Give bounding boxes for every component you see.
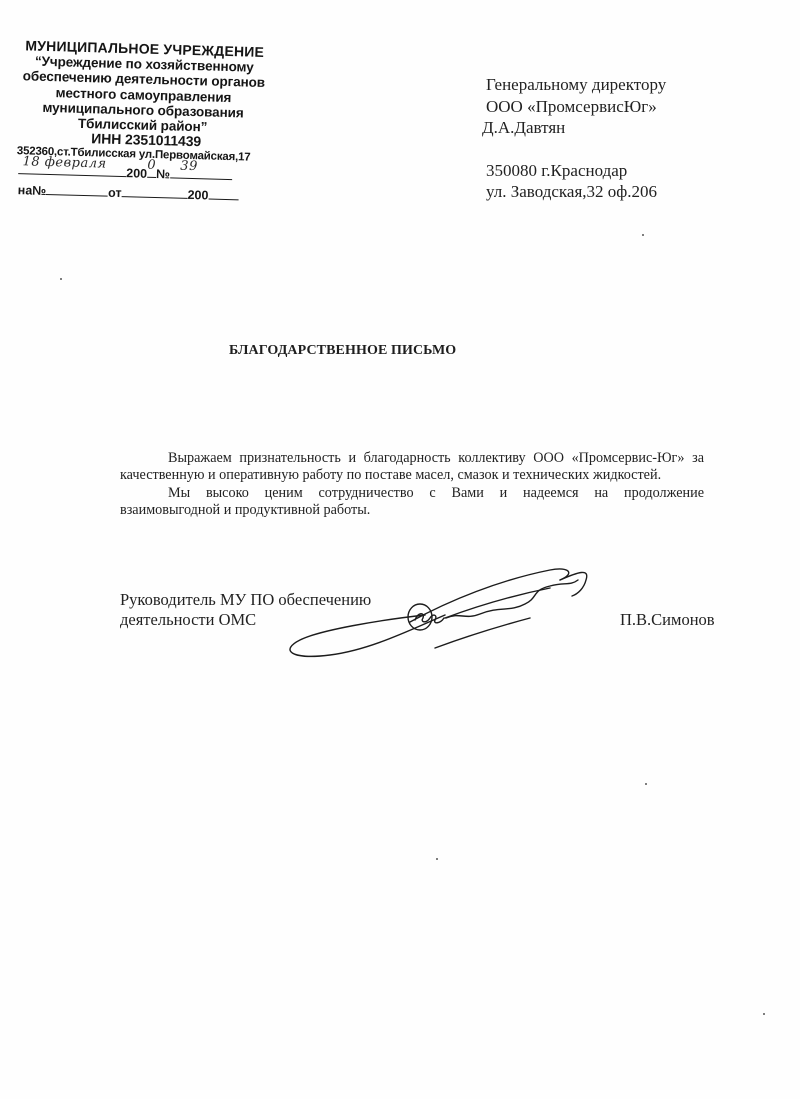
scan-speck <box>642 234 644 236</box>
outgoing-number-field: 39 <box>170 164 232 180</box>
recipient-street: ул. Заводская,32 оф.206 <box>486 181 666 203</box>
recipient-company: ООО «ПромсервисЮг» <box>486 96 666 118</box>
body-paragraph-2-line-1: Мы высоко ценим сотрудничество с Вами и … <box>120 485 704 502</box>
sender-stamp: МУНИЦИПАЛЬНОЕ УЧРЕЖДЕНИЕ “Учреждение по … <box>9 38 275 207</box>
recipient-name: Д.А.Давтян <box>482 117 666 139</box>
outgoing-year-prefix: 200 <box>126 166 147 181</box>
reply-to-year-field <box>208 185 238 200</box>
reply-to-year-prefix: 200 <box>187 188 208 203</box>
recipient-block: Генеральному директору ООО «ПромсервисЮг… <box>486 74 666 203</box>
outgoing-year-handwritten: 0 <box>147 155 156 175</box>
outgoing-number-handwritten: 39 <box>180 156 198 176</box>
signatory-name: П.В.Симонов <box>620 610 715 630</box>
handwritten-signature-icon <box>260 560 600 670</box>
recipient-position: Генеральному директору <box>486 74 666 96</box>
scan-speck <box>645 783 647 785</box>
outgoing-date-handwritten: 18 февраля <box>22 152 107 174</box>
outgoing-date-field: 18 февраля <box>18 160 126 177</box>
letter-title: БЛАГОДАРСТВЕННОЕ ПИСЬМО <box>229 343 456 359</box>
recipient-city: 350080 г.Краснодар <box>486 160 666 182</box>
outgoing-number-sign: № <box>156 167 170 181</box>
outgoing-year-field: 0 <box>147 163 156 177</box>
body-paragraph: Выражаем признательность и благодарность… <box>120 450 704 485</box>
scan-speck <box>60 278 62 280</box>
scan-speck <box>763 1013 765 1015</box>
reply-to-from-label: от <box>108 185 122 199</box>
letter-page: МУНИЦИПАЛЬНОЕ УЧРЕЖДЕНИЕ “Учреждение по … <box>0 0 800 1099</box>
scan-speck <box>436 858 438 860</box>
letter-body: Выражаем признательность и благодарность… <box>120 450 704 520</box>
body-paragraph-2-line-2: взаимовыгодной и продуктивной работы. <box>120 502 704 519</box>
reply-to-number-label: на№ <box>18 183 47 198</box>
reply-to-date-field <box>122 183 188 199</box>
reply-to-number-field <box>46 181 108 197</box>
